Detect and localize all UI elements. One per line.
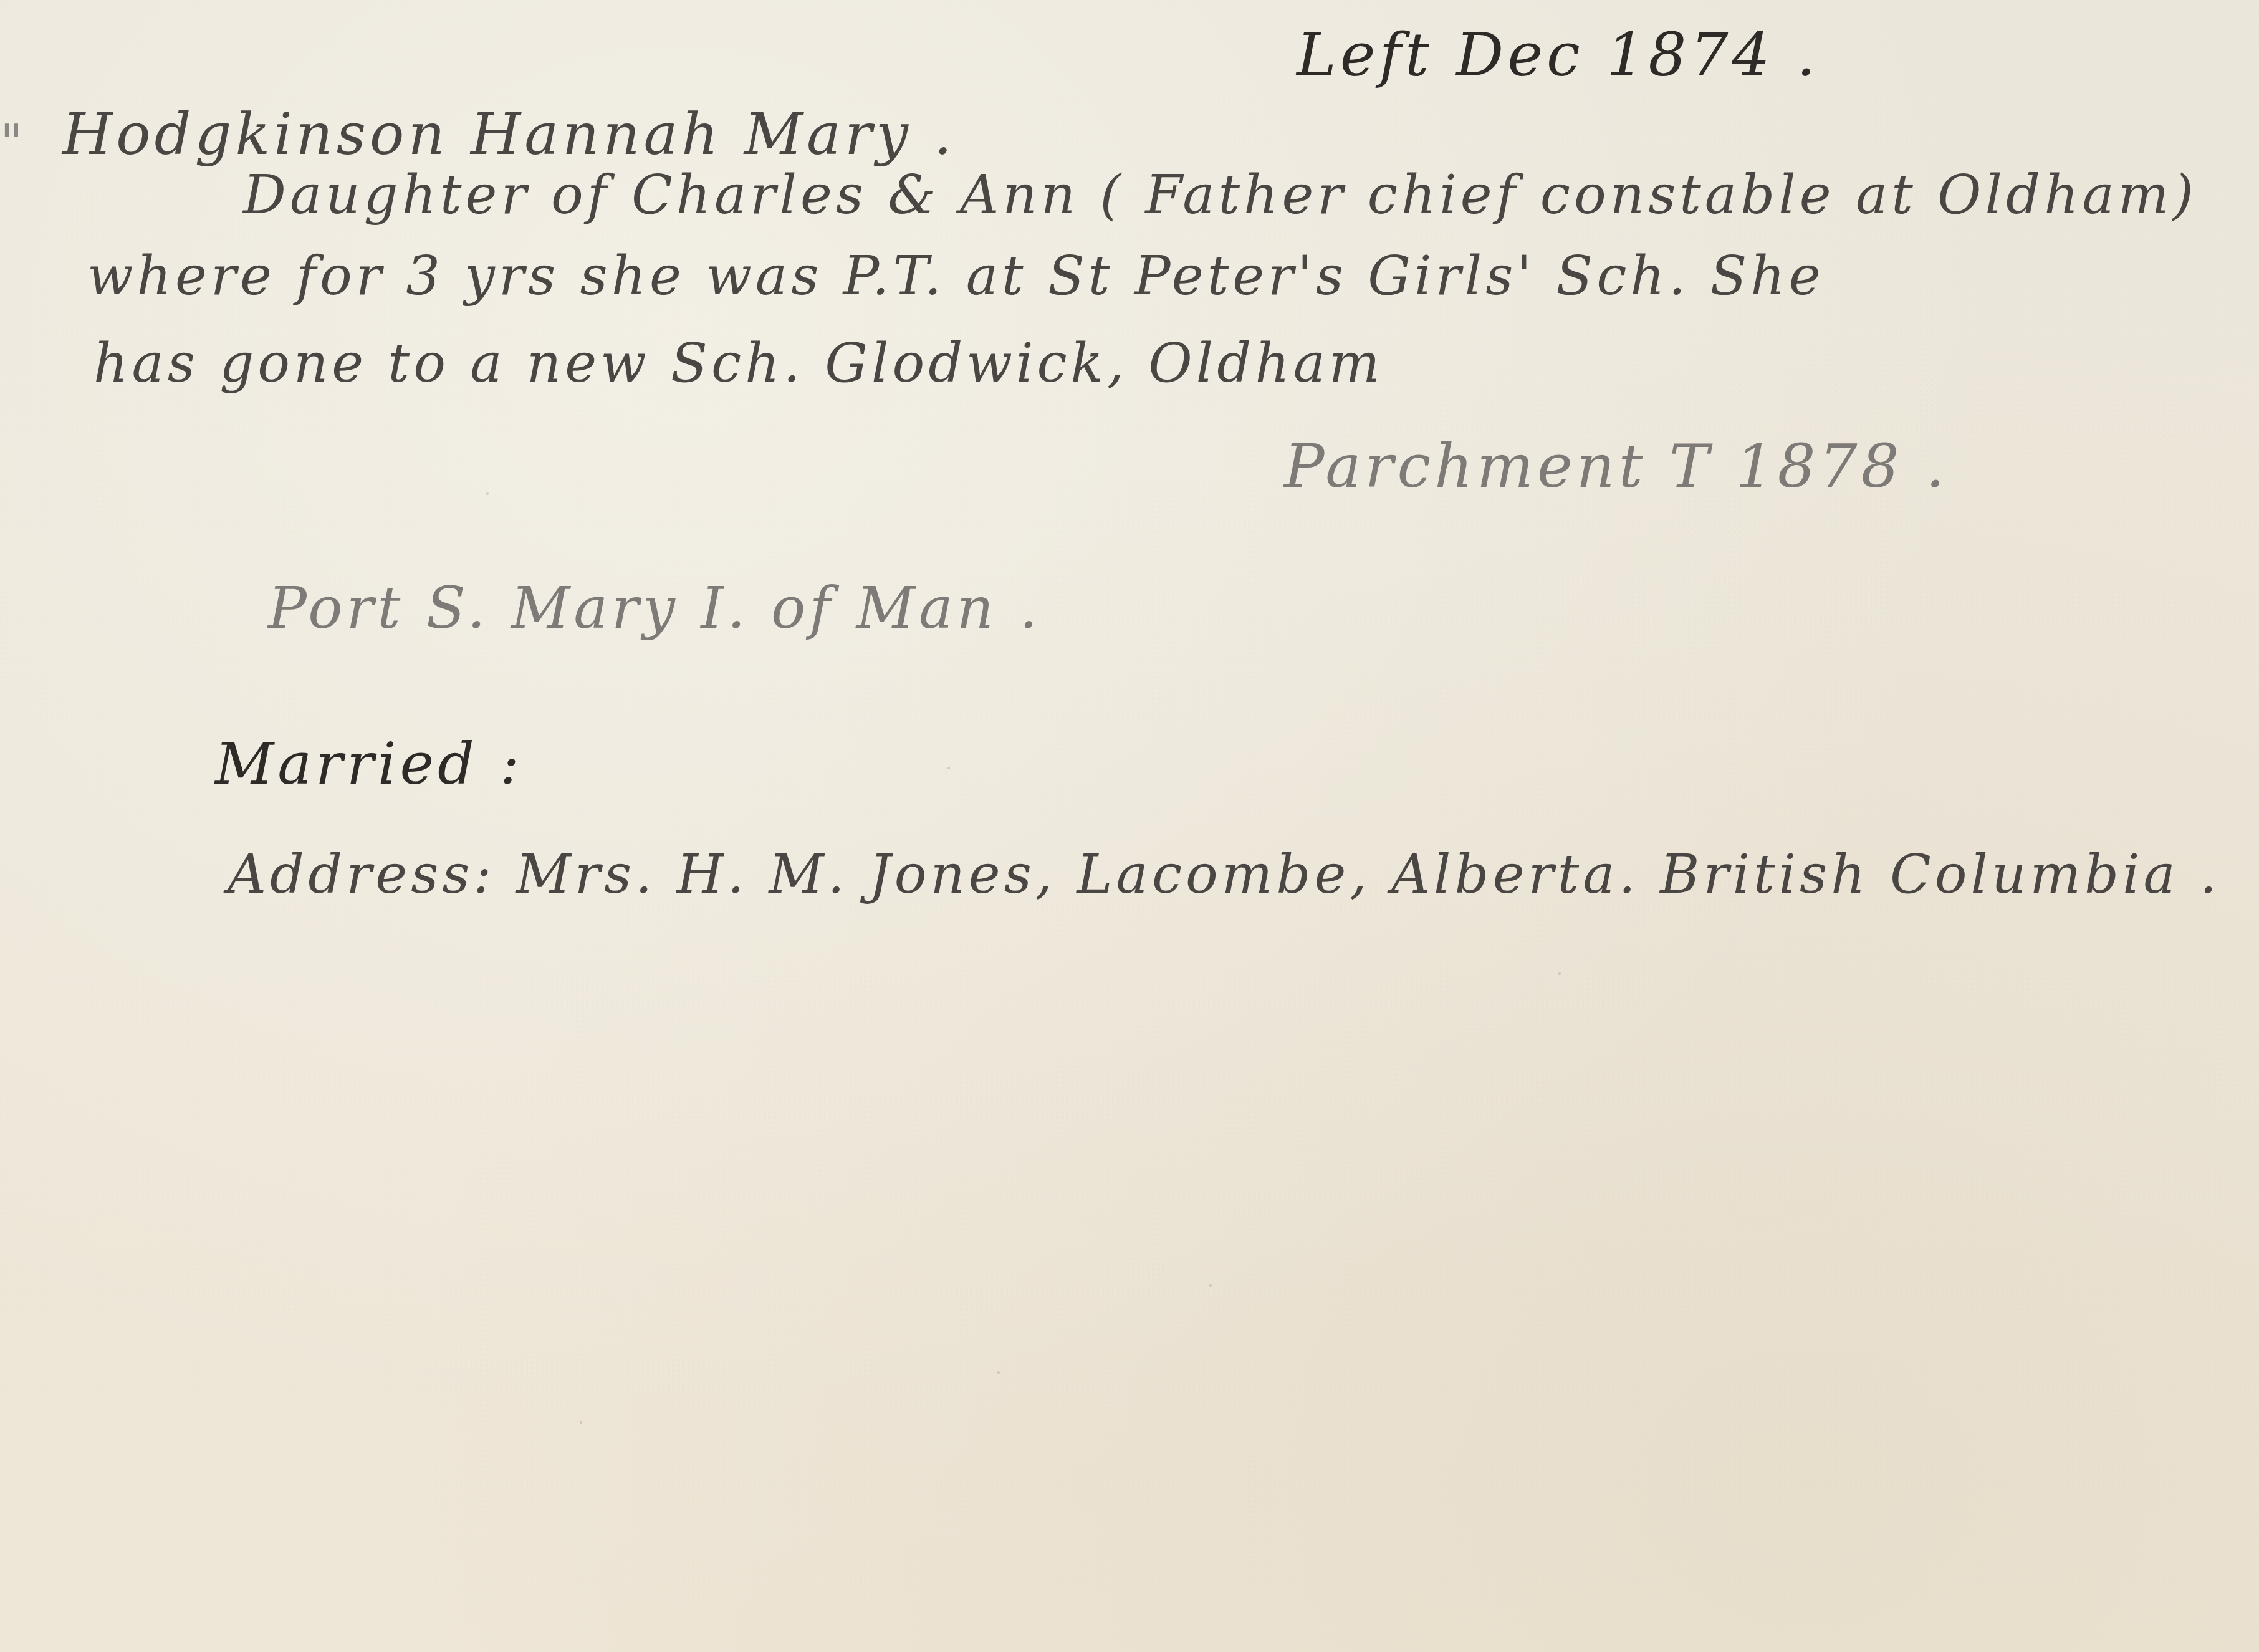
biography-line-2: where for 3 yrs she was P.T. at St Peter…: [87, 249, 1825, 303]
location-note: Port S. Mary I. of Man .: [268, 580, 1042, 637]
left-date: Left Dec 1874 .: [1297, 25, 1820, 85]
parchment-note: Parchment T 1878 .: [1284, 436, 1949, 496]
biography-line-3: has gone to a new Sch. Glodwick, Oldham: [94, 337, 1384, 390]
ditto-mark: ": [0, 118, 24, 168]
record-card: " Left Dec 1874 . Hodgkinson Hannah Mary…: [0, 0, 2259, 1652]
biography-line-1: Daughter of Charles & Ann ( Father chief…: [243, 168, 2197, 222]
student-name: Hodgkinson Hannah Mary .: [62, 106, 956, 163]
married-label: Married :: [215, 736, 523, 793]
address-line: Address: Mrs. H. M. Jones, Lacombe, Albe…: [228, 848, 2220, 901]
